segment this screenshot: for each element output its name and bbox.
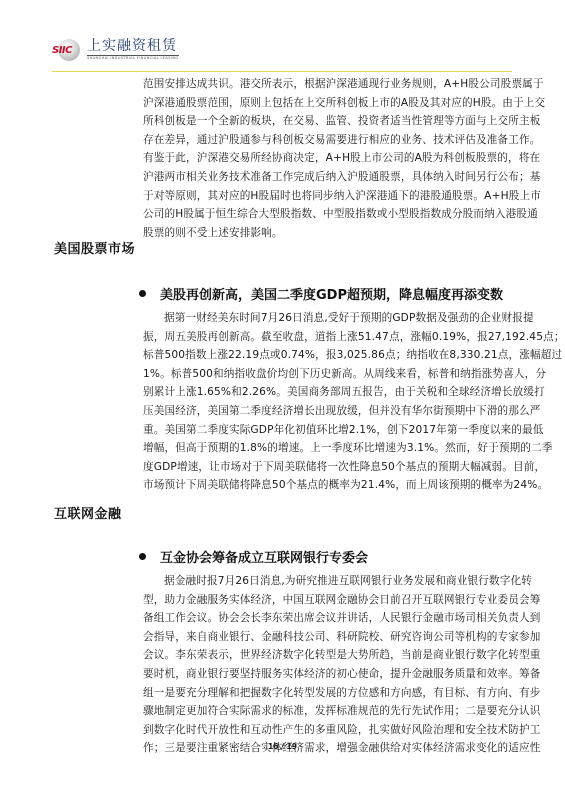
paragraph-line: 于对等原则，其对应的H股届时也将同步纳入沪深港通下的港股通股票。A+H股上市 bbox=[143, 187, 509, 206]
paragraph-line: 范围安排达成共识。港交所表示，根据沪深港通现行业务规则，A+H股公司股票属于 bbox=[143, 75, 509, 94]
paragraph-line: 组一是要充分理解和把握数字化转型发展的方位感和方向感，有目标、有方向、有步 bbox=[143, 684, 509, 703]
article-headline-internet-finance: 互金协会筹备成立互联网银行专委会 bbox=[143, 547, 368, 566]
bullet-icon bbox=[139, 290, 146, 297]
paragraph-line: 标普500指数上涨22.19点或0.74%，报3,025.86点；纳指收在8,3… bbox=[143, 346, 509, 365]
intro-paragraph: 范围安排达成共识。港交所表示，根据沪深港通现行业务规则，A+H股公司股票属于 沪… bbox=[143, 75, 509, 242]
paragraph-line: 度GDP增速，让市场对于下周美联储将一次性降息50个基点的预期大幅减弱。目前， bbox=[143, 458, 509, 477]
document-header: SIIC 上实融资租赁 SHANGHAI INDUSTRIAL FINANCIA… bbox=[52, 38, 179, 62]
article-headline-us-stocks: 美股再创新高，美国二季度GDP超预期，降息幅度再添变数 bbox=[143, 284, 503, 303]
company-name-english: SHANGHAI INDUSTRIAL FINANCIAL LEASING bbox=[87, 56, 179, 61]
headline-text: 美股再创新高，美国二季度GDP超预期，降息幅度再添变数 bbox=[160, 284, 503, 303]
paragraph-line: 别累计上涨1.65%和2.26%。美国商务部周五报告，由于关税和全球经济增长放缓… bbox=[143, 383, 509, 402]
paragraph-line: 沪港两市相关业务技术准备工作完成后纳入沪股通股票，具体纳入时间另行公布；基 bbox=[143, 168, 509, 187]
paragraph-line: 沪深港通股票范围，原则上包括在上交所科创板上市的A股及其对应的H股。由于上交 bbox=[143, 94, 509, 113]
paragraph-line: 存在差异，通过沪股通参与科创板交易需要进行相应的业务、技术评估及准备工作。 bbox=[143, 131, 509, 150]
paragraph-line: 市场预计下周美联储将降息50个基点的概率为21.4%，而上周该预期的概率为24%… bbox=[143, 476, 509, 495]
paragraph-line: 骤地制定更加符合实际需求的标准，发挥标准规范的先行先试作用；二是要充分认识 bbox=[143, 702, 509, 721]
paragraph-line: 增幅，但高于预期的1.8%的增速。上一季度环比增速为3.1%。然而，好于预期的二… bbox=[143, 439, 509, 458]
paragraph-line: 备组工作会议。协会会长李东荣出席会议并讲话，人民银行金融市场司相关负责人到 bbox=[143, 609, 509, 628]
paragraph-line: 据金融时报7月26日消息,为研究推进互联网银行业务发展和商业银行数字化转 bbox=[143, 572, 509, 591]
header-divider bbox=[52, 71, 512, 72]
article-body-internet-finance: 据金融时报7月26日消息,为研究推进互联网银行业务发展和商业银行数字化转 型，助… bbox=[143, 572, 509, 758]
paragraph-line: 重。美国第二季度实际GDP年化初值环比增2.1%，创下2017年第一季度以来的最… bbox=[143, 421, 509, 440]
paragraph-line: 型，助力金融服务实体经济，中国互联网金融协会日前召开互联网银行专业委员会筹 bbox=[143, 591, 509, 610]
paragraph-line: 会议。李东荣表示，世界经济数字化转型是大势所趋，当前是商业银行数字化转型重 bbox=[143, 646, 509, 665]
company-logo-icon: SIIC bbox=[52, 39, 84, 61]
section-title-internet-finance: 互联网金融 bbox=[54, 503, 122, 522]
article-body-us-stocks: 据第一财经美东时间7月26日消息,受好于预期的GDP数据及强劲的企业财报提 振，… bbox=[143, 309, 509, 495]
paragraph-line: 公司的H股属于恒生综合大型股指数、中型股指数或小型股指数成分股而纳入港股通 bbox=[143, 205, 509, 224]
company-name: 上实融资租赁 bbox=[87, 39, 179, 56]
paragraph-line: 振，周五美股再创新高。截至收盘，道指上涨51.47点，涨幅0.19%，报27,1… bbox=[143, 328, 509, 347]
headline-text: 互金协会筹备成立互联网银行专委会 bbox=[160, 547, 368, 566]
paragraph-line: 有鉴于此，沪深港交易所经协商决定，A+H股上市公司的A股为科创板股票的，将在 bbox=[143, 149, 509, 168]
paragraph-line: 所科创板是一个全新的板块，在交易、监管、投资者适当性管理等方面与上交所主板 bbox=[143, 112, 509, 131]
paragraph-line: 股票的则不受上述安排影响。 bbox=[143, 224, 509, 243]
paragraph-line: 会指导，来自商业银行、金融科技公司、科研院校、研究咨询公司等机构的专家参加 bbox=[143, 628, 509, 647]
paragraph-line: 1%。标普500和纳指收盘价均创下历史新高。从周线来看，标普和纳指涨势喜人，分 bbox=[143, 365, 509, 384]
logo-wordmark: 上实融资租赁 SHANGHAI INDUSTRIAL FINANCIAL LEA… bbox=[87, 39, 179, 61]
paragraph-line: 压美国经济，美国第二季度经济增长出现放缓，但并没有华尔街预期中下滑的那么严 bbox=[143, 402, 509, 421]
paragraph-line: 到数字化时代开放性和互动性产生的多重风险，扎实做好风险治理和安全技术防护工 bbox=[143, 721, 509, 740]
bullet-icon bbox=[139, 553, 146, 560]
paragraph-line: 据第一财经美东时间7月26日消息,受好于预期的GDP数据及强劲的企业财报提 bbox=[143, 309, 509, 328]
page-number: 16 / 19 bbox=[0, 742, 565, 751]
section-title-us-stocks: 美国股票市场 bbox=[54, 238, 135, 257]
paragraph-line: 要时机，商业银行要坚持服务实体经济的初心使命，提升金融服务质量和效率。筹备 bbox=[143, 665, 509, 684]
logo-mark-text: SIIC bbox=[52, 45, 72, 56]
